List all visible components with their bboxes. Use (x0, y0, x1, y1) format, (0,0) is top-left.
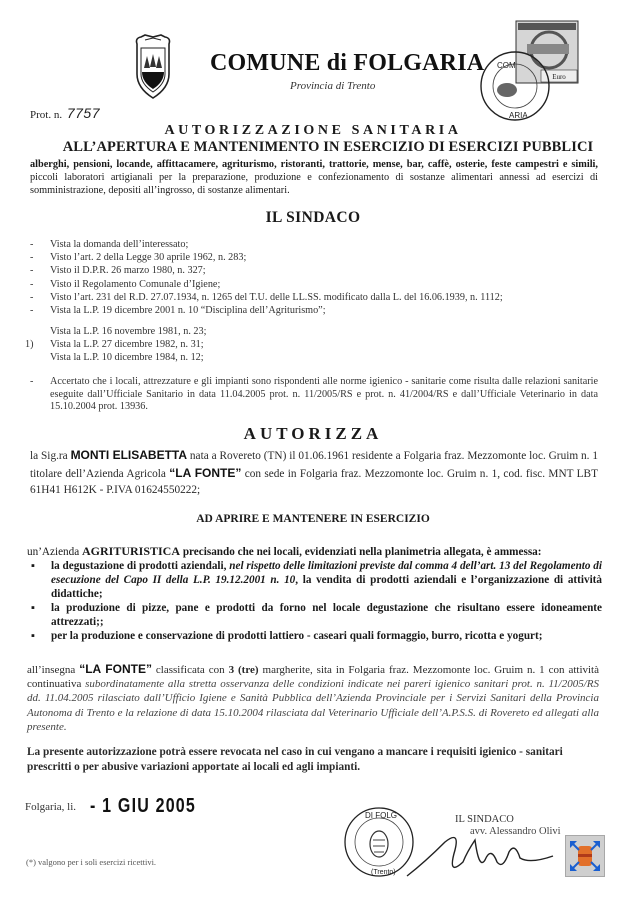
svg-text:ARIA: ARIA (509, 111, 528, 120)
legal-reference-item: -Visto l’art. 231 del R.D. 27.07.1934, n… (28, 291, 608, 304)
beneficiary-paragraph: la Sig.ra MONTI ELISABETTA nata a Rovere… (30, 447, 598, 499)
farm-name: “LA FONTE” (169, 466, 241, 480)
establishment-categories: alberghi, pensioni, locande, affittacame… (30, 158, 598, 198)
provincial-laws-list: Vista la L.P. 16 novembre 1981, n. 23; 1… (25, 325, 605, 365)
agritourism-section: un’Azienda AGRITURISTICA precisando che … (27, 544, 602, 643)
categories-rest: piccoli laboratori artigianali per la pr… (30, 172, 598, 196)
footnote: (*) valgono per i soli esercizi ricettiv… (26, 857, 156, 867)
authorizes-heading: AUTORIZZA (0, 424, 626, 444)
municipal-crest-icon (133, 34, 173, 100)
provincial-law-item: 1)Vista la L.P. 27 dicembre 1982, n. 31; (25, 338, 605, 351)
province-subtitle: Provincia di Trento (290, 80, 375, 92)
municipality-title: COMUNE di FOLGARIA (210, 50, 484, 77)
footnote-marker: 1) (25, 338, 34, 351)
revocation-clause: La presente autorizzazione potrà essere … (27, 745, 599, 775)
svg-text:DI FOLG: DI FOLG (365, 811, 397, 820)
svg-text:Euro: Euro (552, 73, 566, 81)
handwritten-signature-icon (405, 822, 555, 882)
legal-reference-item: -Visto l’art. 2 della Legge 30 aprile 19… (28, 251, 608, 264)
inspection-statement: -Accertato che i locali, attrezzature e … (28, 376, 598, 414)
protocol-handwritten-number: 7757 (67, 105, 100, 121)
legal-reference-item: -Vista la domanda dell’interessato; (28, 238, 608, 251)
expand-view-button[interactable] (565, 835, 605, 877)
place-label: Folgaria, li. (25, 801, 76, 813)
open-and-maintain-heading: AD APRIRE E MANTENERE IN ESERCIZIO (0, 513, 626, 525)
document-subtitle: ALL’APERTURA E MANTENIMENTO IN ESERCIZIO… (30, 139, 626, 156)
protocol-label: Prot. n. (30, 109, 62, 121)
permitted-activity-item: ▪la degustazione di prodotti aziendali, … (27, 559, 602, 601)
date-stamp: - 1 GIU 2005 (90, 795, 196, 818)
legal-reference-item: -Visto il D.P.R. 26 marzo 1980, n. 327; (28, 264, 608, 277)
categories-bold: alberghi, pensioni, locande, affittacame… (30, 159, 598, 170)
farm-sign-name: “LA FONTE” (79, 662, 152, 676)
permitted-activities-list: ▪la degustazione di prodotti aziendali, … (27, 559, 602, 643)
mayor-heading: IL SINDACO (0, 209, 626, 227)
municipal-round-stamp-icon: COM ARIA (479, 50, 551, 122)
provincial-law-item: Vista la L.P. 10 dicembre 1984, n. 12; (25, 351, 605, 364)
legal-reference-item: -Vista la L.P. 19 dicembre 2001 n. 10 “D… (28, 304, 608, 317)
provincial-law-item: Vista la L.P. 16 novembre 1981, n. 23; (25, 325, 605, 338)
legal-references-list: -Vista la domanda dell’interessato; -Vis… (28, 238, 608, 317)
beneficiary-name: MONTI ELISABETTA (71, 448, 187, 462)
sign-classification-paragraph: all’insegna “LA FONTE” classificata con … (27, 662, 599, 734)
daisy-rating: 3 (tre) (229, 664, 259, 676)
document-title: AUTORIZZAZIONE SANITARIA (0, 123, 626, 139)
protocol-number: Prot. n. 7757 (30, 105, 100, 121)
agritourism-lead: un’Azienda AGRITURISTICA precisando che … (27, 544, 602, 559)
svg-text:COM: COM (497, 61, 516, 70)
expand-arrows-icon (566, 836, 604, 876)
permitted-activity-item: ▪la produzione di pizze, pane e prodotti… (27, 601, 602, 629)
permitted-activity-item: ▪per la produzione e conservazione di pr… (27, 629, 602, 643)
svg-text:(Trento): (Trento) (371, 869, 396, 876)
legal-reference-item: -Visto il Regolamento Comunale d’Igiene; (28, 278, 608, 291)
